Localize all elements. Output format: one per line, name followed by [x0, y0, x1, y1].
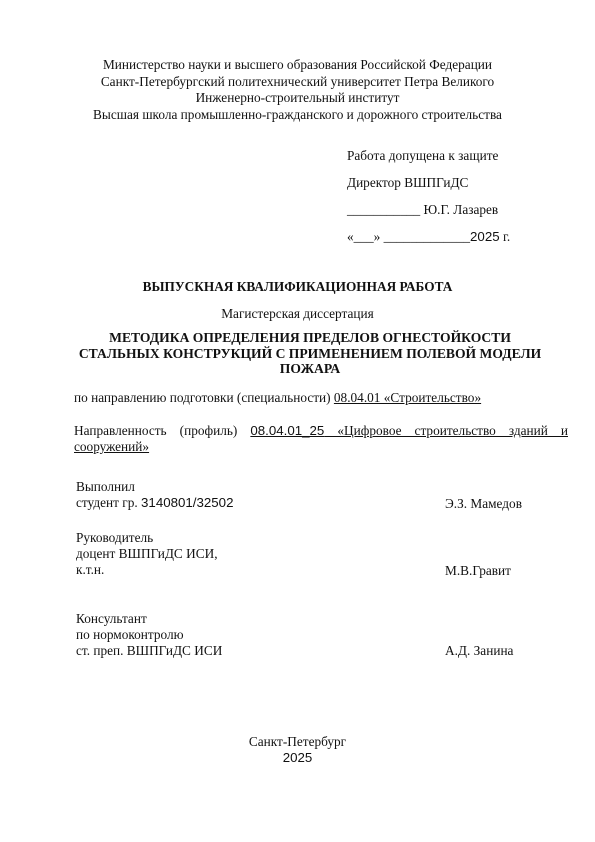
direction-label: по направлению подготовки (специальности… — [74, 390, 334, 405]
approval-date-line: «___» _____________2025 г. — [347, 229, 510, 256]
profile-line: Направленность (профиль) 08.04.01_25 «Ци… — [74, 423, 568, 455]
profile-label: Направленность (профиль) — [74, 423, 250, 438]
supervisor-name: М.В.Гравит — [445, 563, 511, 579]
student-group: 3140801/32502 — [141, 495, 233, 510]
work-type-title: ВЫПУСКНАЯ КВАЛИФИКАЦИОННАЯ РАБОТА — [0, 279, 595, 295]
supervisor-role: Руководитель доцент ВШПГиДС ИСИ, к.т.н. — [76, 530, 218, 579]
footer: Санкт-Петербург 2025 — [0, 734, 595, 766]
role-line: студент гр. 3140801/32502 — [76, 495, 233, 511]
role-line: Руководитель — [76, 530, 218, 546]
date-close-quote: » — [374, 229, 381, 244]
admitted-text: Работа допущена к защите — [347, 148, 510, 175]
role-line: Консультант — [76, 611, 222, 627]
ministry-line: Министерство науки и высшего образования… — [0, 57, 595, 74]
role-prefix: студент гр. — [76, 495, 141, 510]
month-blank: _____________ — [384, 229, 470, 244]
year-suffix: г. — [500, 229, 511, 244]
role-line: Выполнил — [76, 479, 233, 495]
direction-value: 08.04.01 «Строительство» — [334, 390, 481, 405]
role-line: доцент ВШПГиДС ИСИ, — [76, 546, 218, 562]
thesis-title: МЕТОДИКА ОПРЕДЕЛЕНИЯ ПРЕДЕЛОВ ОГНЕСТОЙКО… — [60, 330, 560, 377]
thesis-title-line: ПОЖАРА — [60, 361, 560, 377]
director-name: Ю.Г. Лазарев — [423, 202, 498, 217]
role-line: по нормоконтролю — [76, 627, 222, 643]
consultant-role: Консультант по нормоконтролю ст. преп. В… — [76, 611, 222, 660]
thesis-title-line: СТАЛЬНЫХ КОНСТРУКЦИЙ С ПРИМЕНЕНИЕМ ПОЛЕВ… — [60, 346, 560, 362]
university-line: Санкт-Петербургский политехнический унив… — [0, 74, 595, 91]
role-line: ст. преп. ВШПГиДС ИСИ — [76, 643, 222, 659]
approval-block: Работа допущена к защите Директор ВШПГиД… — [347, 148, 510, 256]
degree-subtitle: Магистерская диссертация — [0, 306, 595, 322]
direction-line: по направлению подготовки (специальности… — [74, 390, 481, 406]
thesis-title-line: МЕТОДИКА ОПРЕДЕЛЕНИЯ ПРЕДЕЛОВ ОГНЕСТОЙКО… — [60, 330, 560, 346]
approval-year: 2025 — [470, 229, 500, 244]
profile-code: 08.04.01_25 — [250, 423, 324, 438]
footer-year: 2025 — [0, 750, 595, 766]
date-open-quote: « — [347, 229, 354, 244]
student-name: Э.З. Мамедов — [445, 496, 522, 512]
school-line: Высшая школа промышленно-гражданского и … — [0, 107, 595, 124]
student-role: Выполнил студент гр. 3140801/32502 — [76, 479, 233, 511]
role-line: к.т.н. — [76, 562, 218, 578]
institute-line: Инженерно-строительный институт — [0, 90, 595, 107]
signature-blank: ___________ — [347, 202, 420, 217]
footer-city: Санкт-Петербург — [0, 734, 595, 750]
director-position: Директор ВШПГиДС — [347, 175, 510, 202]
day-blank: ___ — [354, 229, 374, 244]
consultant-name: А.Д. Занина — [445, 643, 513, 659]
university-header: Министерство науки и высшего образования… — [0, 57, 595, 123]
director-signature-line: ___________ Ю.Г. Лазарев — [347, 202, 510, 229]
